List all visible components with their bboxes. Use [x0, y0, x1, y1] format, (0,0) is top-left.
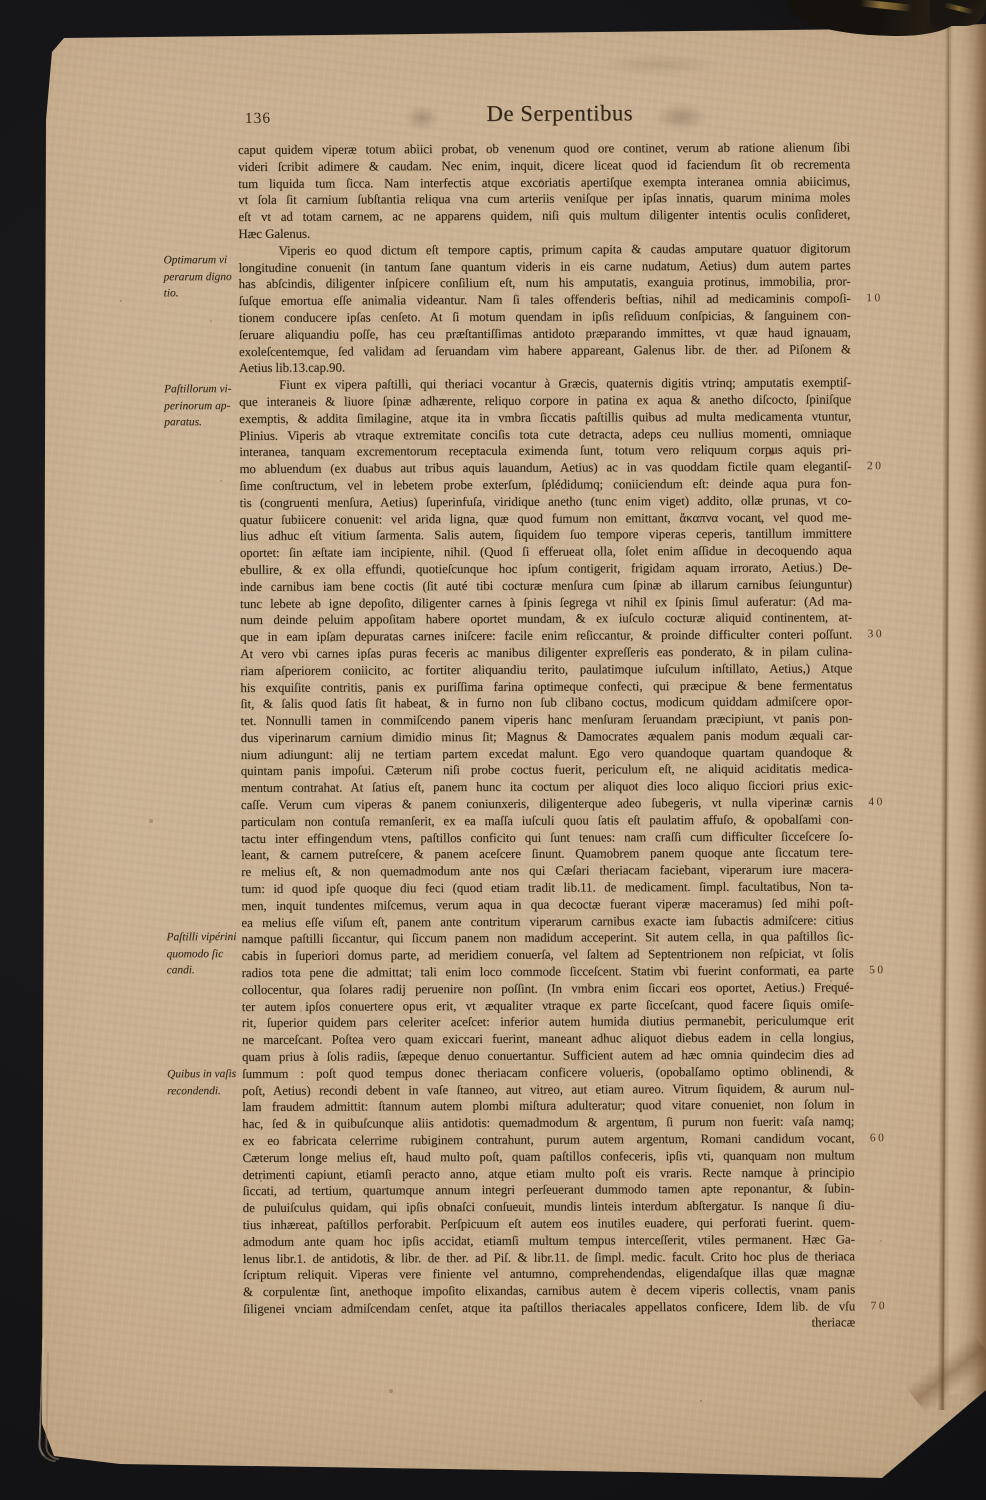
margin-note-pastille-preparation: Paſtillorum vi-perinorum ap-paratus.: [164, 381, 242, 431]
margin-note-pastille-drying: Paſtilli vipériniquomodo ſiccandi.: [166, 929, 244, 979]
line-number: 10: [866, 290, 883, 307]
book-page: 136 De Serpentibus Optimarum viperarum d…: [0, 0, 986, 1500]
margin-note-line: Optimarum vi: [163, 252, 241, 269]
running-header: De Serpentibus: [420, 100, 700, 127]
line-number: 50: [869, 962, 886, 979]
margin-note-line: recondendi.: [167, 1083, 245, 1100]
margin-note-line: perarum digno: [164, 269, 242, 286]
page-number: 136: [245, 110, 271, 128]
body-text: caput quidem viperæ totum abiici probat,…: [238, 139, 855, 1317]
printed-text-layer: 136 De Serpentibus Optimarum viperarum d…: [0, 0, 986, 1500]
paper-speckles: [0, 0, 2, 2]
margin-note-line: Paſtillorum vi-: [164, 381, 242, 398]
binding-edge: [930, 0, 986, 26]
margin-note-line: tio.: [164, 285, 242, 302]
margin-note-line: candi.: [167, 962, 245, 979]
line-number: 20: [867, 458, 884, 475]
margin-note-line: Paſtilli vipérini: [166, 929, 244, 946]
margin-note-line: paratus.: [164, 414, 242, 431]
catchword: theriacæ: [243, 1315, 855, 1333]
margin-note-viper-selection: Optimarum viperarum dignotio.: [163, 252, 241, 302]
line-number: 40: [868, 794, 885, 811]
margin-note-line: Quibus in vaſis: [167, 1066, 245, 1083]
line-number: 70: [871, 1298, 888, 1315]
scanned-book-photo: 136 De Serpentibus Optimarum viperarum d…: [0, 0, 986, 1500]
line-number: 60: [870, 1130, 887, 1147]
margin-note-storage-vessels: Quibus in vaſisrecondendi.: [167, 1066, 245, 1100]
margin-note-line: quomodo ſic: [167, 946, 245, 963]
margin-note-line: perinorum ap-: [164, 398, 242, 415]
leaf-stack-edge: [45, 1352, 61, 1460]
line-number: 30: [868, 626, 885, 643]
